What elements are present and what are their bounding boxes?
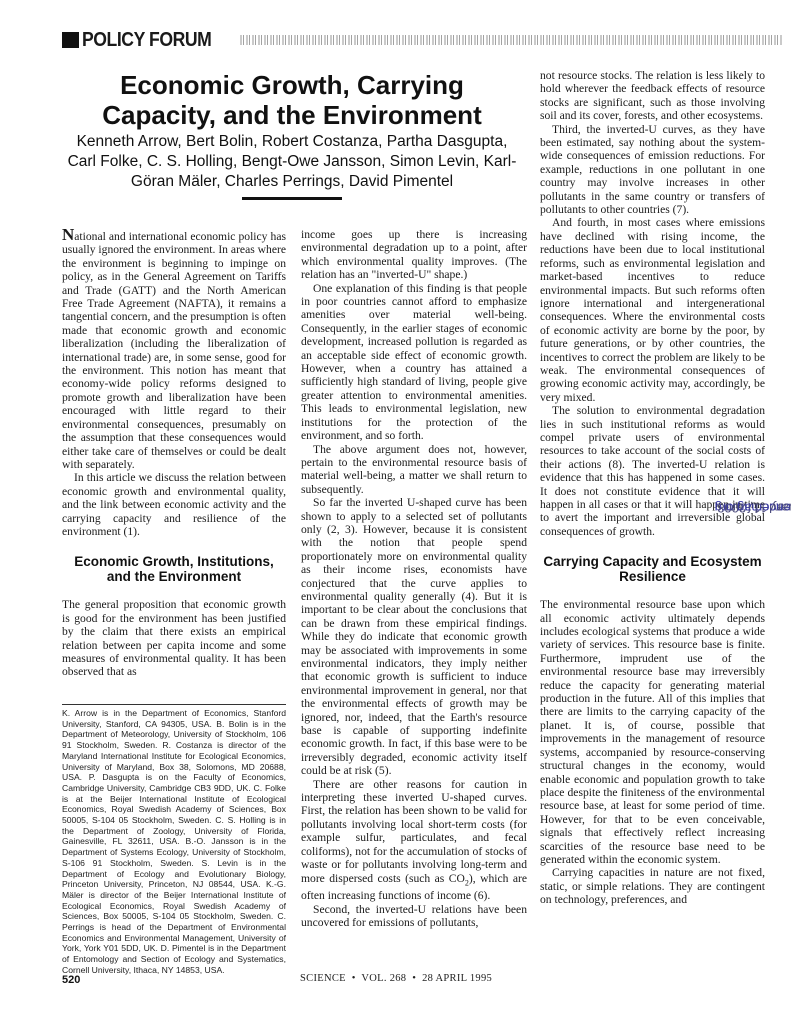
bullet-separator: • (352, 973, 356, 984)
bullet-separator: • (412, 973, 416, 984)
journal-name: SCIENCE (300, 973, 346, 984)
paragraph: Carrying capacities in nature are not fi… (540, 866, 765, 906)
paragraph: So far the inverted U-shaped curve has b… (301, 496, 527, 778)
section-header: POLICY FORUM (62, 28, 782, 52)
download-watermark: Downloaded from www.sciencemag.org on Ja… (768, 318, 784, 698)
drop-cap: N (62, 225, 74, 244)
watermark-suffix: on January 11, 2008 (717, 501, 791, 516)
journal-footer: SCIENCE • VOL. 268 • 28 APRIL 1995 (300, 973, 540, 984)
paragraph: The above argument does not, however, pe… (301, 443, 527, 497)
section-label: POLICY FORUM (82, 29, 211, 52)
paragraph: One explanation of this finding is that … (301, 282, 527, 443)
paragraph: National and international economic poli… (62, 228, 286, 471)
title-divider (242, 197, 342, 200)
page-number: 520 (62, 974, 80, 986)
section-header-rule (240, 35, 782, 45)
article-title: Economic Growth, Carrying Capacity, and … (62, 70, 522, 130)
paragraph: not resource stocks. The relation is les… (540, 69, 765, 123)
column-3: not resource stocks. The relation is les… (540, 69, 765, 907)
paragraph: There are other reasons for caution in i… (301, 778, 527, 903)
section-heading: Carrying Capacity and Ecosystem Resilien… (540, 554, 765, 584)
section-heading: Economic Growth, Institutions, and the E… (62, 554, 286, 584)
author-affiliations-footnote: K. Arrow is in the Department of Economi… (62, 704, 286, 976)
section-marker-square (62, 32, 79, 48)
column-1: National and international economic poli… (62, 228, 286, 679)
paragraph: Second, the inverted-U relations have be… (301, 903, 527, 930)
column-2: income goes up there is increasing envir… (301, 228, 527, 929)
paragraph: The environmental resource base upon whi… (540, 598, 765, 866)
paragraph: income goes up there is increasing envir… (301, 228, 527, 282)
paragraph: In this article we discuss the relation … (62, 471, 286, 538)
paragraph: Third, the inverted-U curves, as they ha… (540, 123, 765, 217)
article-authors: Kenneth Arrow, Bert Bolin, Robert Costan… (62, 132, 522, 192)
paragraph: And fourth, in most cases where emission… (540, 216, 765, 404)
journal-date: 28 APRIL 1995 (422, 973, 492, 984)
paragraph: The solution to environmental degradatio… (540, 404, 765, 538)
paragraph: The general proposition that economic gr… (62, 598, 286, 678)
journal-volume: VOL. 268 (361, 973, 406, 984)
